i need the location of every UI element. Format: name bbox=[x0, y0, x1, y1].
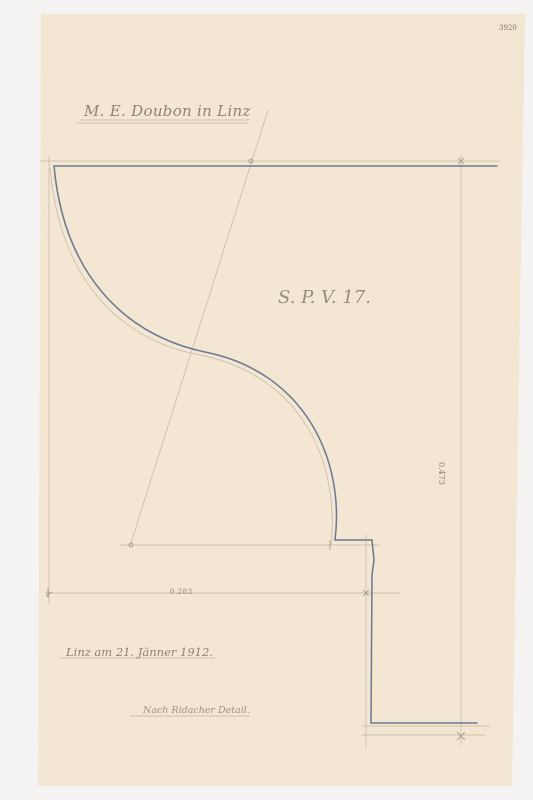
paper-sheet bbox=[38, 14, 525, 786]
page-number: 3920 bbox=[499, 24, 517, 32]
width-dimension: 0.283 bbox=[170, 588, 193, 596]
drawing-title: M. E. Doubon in Linz bbox=[84, 102, 251, 120]
scan-stage: 3920 M. E. Doubon in Linz S. P. V. 17. 0… bbox=[0, 0, 533, 800]
place-date: Linz am 21. Jänner 1912. bbox=[66, 645, 213, 659]
height-dimension: 0.473 bbox=[437, 462, 446, 485]
sheet-label: S. P. V. 17. bbox=[278, 287, 371, 308]
author-note: Nach Ridacher Detail. bbox=[143, 705, 250, 716]
drawing-sheet bbox=[0, 0, 533, 800]
